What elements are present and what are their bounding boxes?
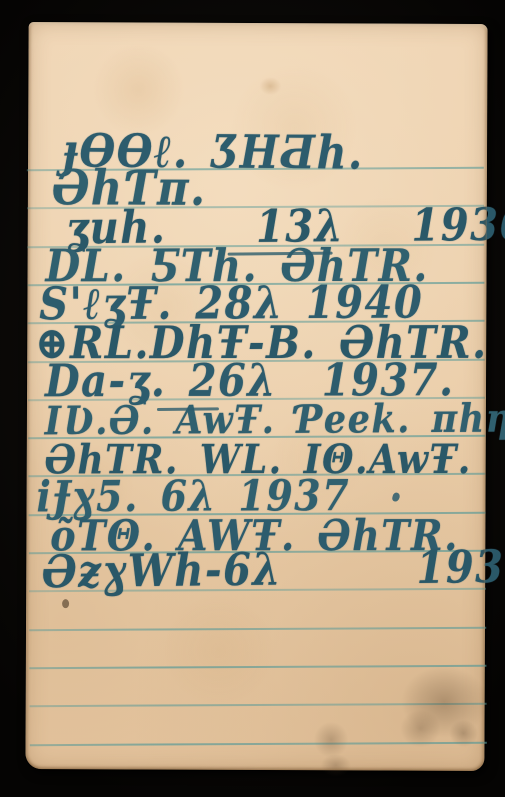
- stray-ink-dot: [392, 492, 401, 503]
- note-card: ɟƟƟℓ. ƷHƋh.ƏhƬπ.ʓuh. 13λ 1936DL. ƼTh. Əh…: [25, 22, 487, 771]
- handwriting-line-12: ƏƶɣWh-6λ 1937: [42, 545, 505, 595]
- ink-underline: [157, 407, 219, 411]
- handwriting-layer: ɟƟƟℓ. ƷHƋh.ƏhƬπ.ʓuh. 13λ 1936DL. ƼTh. Əh…: [25, 22, 487, 771]
- photo-backdrop: ɟƟƟℓ. ƷHƋh.ƏhƬπ.ʓuh. 13λ 1936DL. ƼTh. Əh…: [0, 0, 505, 797]
